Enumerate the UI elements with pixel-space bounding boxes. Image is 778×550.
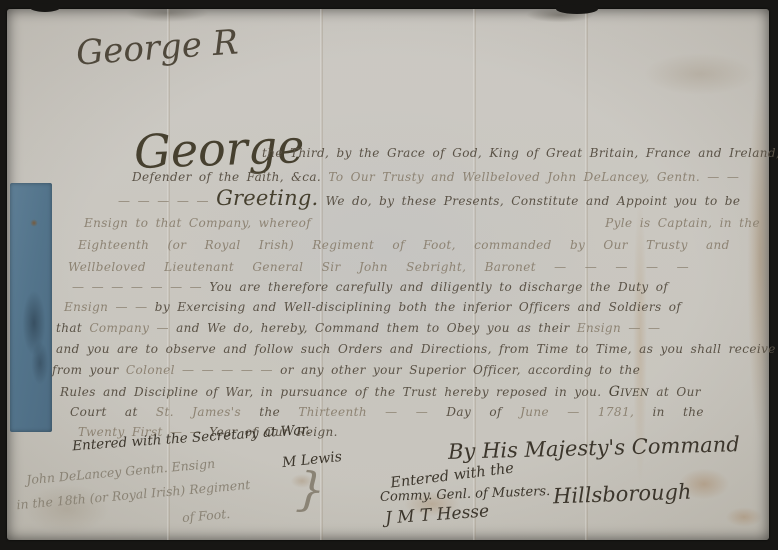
inserted-text: — — — — — — — [72, 280, 209, 294]
commission-line-8: Ensign — — by Exercising and Well-discip… [64, 300, 681, 314]
paper-edge-chip [556, 4, 598, 14]
paper-edge-chip [30, 3, 60, 12]
inserted-text: Ensign — — [577, 321, 661, 335]
inserted-text: Ensign to that Company, whereof [84, 216, 311, 230]
engraved-text: or any other your Superior Officer, acco… [280, 363, 640, 377]
docket-brace: } [295, 461, 327, 516]
commission-line-7: — — — — — — — You are therefore carefull… [72, 280, 668, 294]
inserted-text: Company — [89, 321, 176, 335]
engraved-text: Day of [446, 405, 520, 419]
commission-line-10: and you are to observe and follow such O… [56, 342, 776, 356]
engraved-text: and We do, hereby, Command them to Obey … [176, 321, 577, 335]
inserted-text: Wellbeloved Lieutenant General Sir John … [68, 260, 689, 274]
inserted-text: Pyle is Captain, in the [605, 216, 760, 230]
greeting-word: Greeting. [216, 186, 318, 210]
commission-line-4: Ensign to that Company, whereof Pyle is … [84, 216, 760, 230]
commission-line-1: the Third, by the Grace of God, King of … [262, 146, 778, 160]
engraved-text: the Third, by the Grace of God, King of … [262, 146, 778, 160]
engraved-text: that [56, 321, 89, 335]
inserted-text: June — 1781, [520, 405, 652, 419]
engraved-text: Defender of the Faith, &ca. [132, 170, 328, 184]
engraved-text: at Our [656, 385, 701, 399]
command-signature: Hillsborough [553, 480, 692, 509]
engraved-text: the [259, 405, 298, 419]
engraved-text: We do, by these Presents, Constitute and… [326, 194, 741, 208]
engraved-text: Court at [70, 405, 156, 419]
inserted-text: To Our Trusty and Wellbeloved John DeLan… [328, 170, 739, 184]
commission-line-3: — — — — — Greeting. We do, by these Pres… [118, 186, 740, 210]
engraved-text: You are therefore carefully and diligent… [209, 280, 668, 294]
inserted-text: Eighteenth (or Royal Irish) Regiment of … [78, 238, 730, 252]
engraved-text: and you are to observe and follow such O… [56, 342, 776, 356]
commission-line-6: Wellbeloved Lieutenant General Sir John … [68, 260, 689, 274]
commission-line-2: Defender of the Faith, &ca. To Our Trust… [132, 170, 739, 184]
commission-line-9: that Company — and We do, hereby, Comman… [56, 321, 660, 335]
commission-line-5: Eighteenth (or Royal Irish) Regiment of … [78, 238, 730, 252]
blue-duty-stamp [10, 183, 52, 432]
inserted-text: Ensign — — [64, 300, 155, 314]
photo-backdrop: George R George the Third, by the Grace … [0, 0, 778, 550]
engraved-text: Rules and Discipline of War, in pursuanc… [60, 385, 609, 399]
fold-crease [585, 9, 588, 540]
inserted-text: Thirteenth — — [298, 405, 446, 419]
engraved-text: in the [652, 405, 703, 419]
commission-line-12: Rules and Discipline of War, in pursuanc… [60, 384, 701, 400]
commission-document [7, 9, 769, 540]
engraved-text: by Exercising and Well-disciplining both… [155, 300, 682, 314]
inserted-text: — — — — — [118, 194, 216, 208]
commission-line-13: Court at St. James's the Thirteenth — — … [70, 405, 704, 419]
given-word: Given [609, 384, 649, 400]
inserted-text: St. James's [156, 405, 259, 419]
commission-line-11: from your Colonel — — — — — or any other… [52, 363, 640, 377]
engraved-text: from your [52, 363, 126, 377]
inserted-text: Colonel — — — — — [126, 363, 280, 377]
